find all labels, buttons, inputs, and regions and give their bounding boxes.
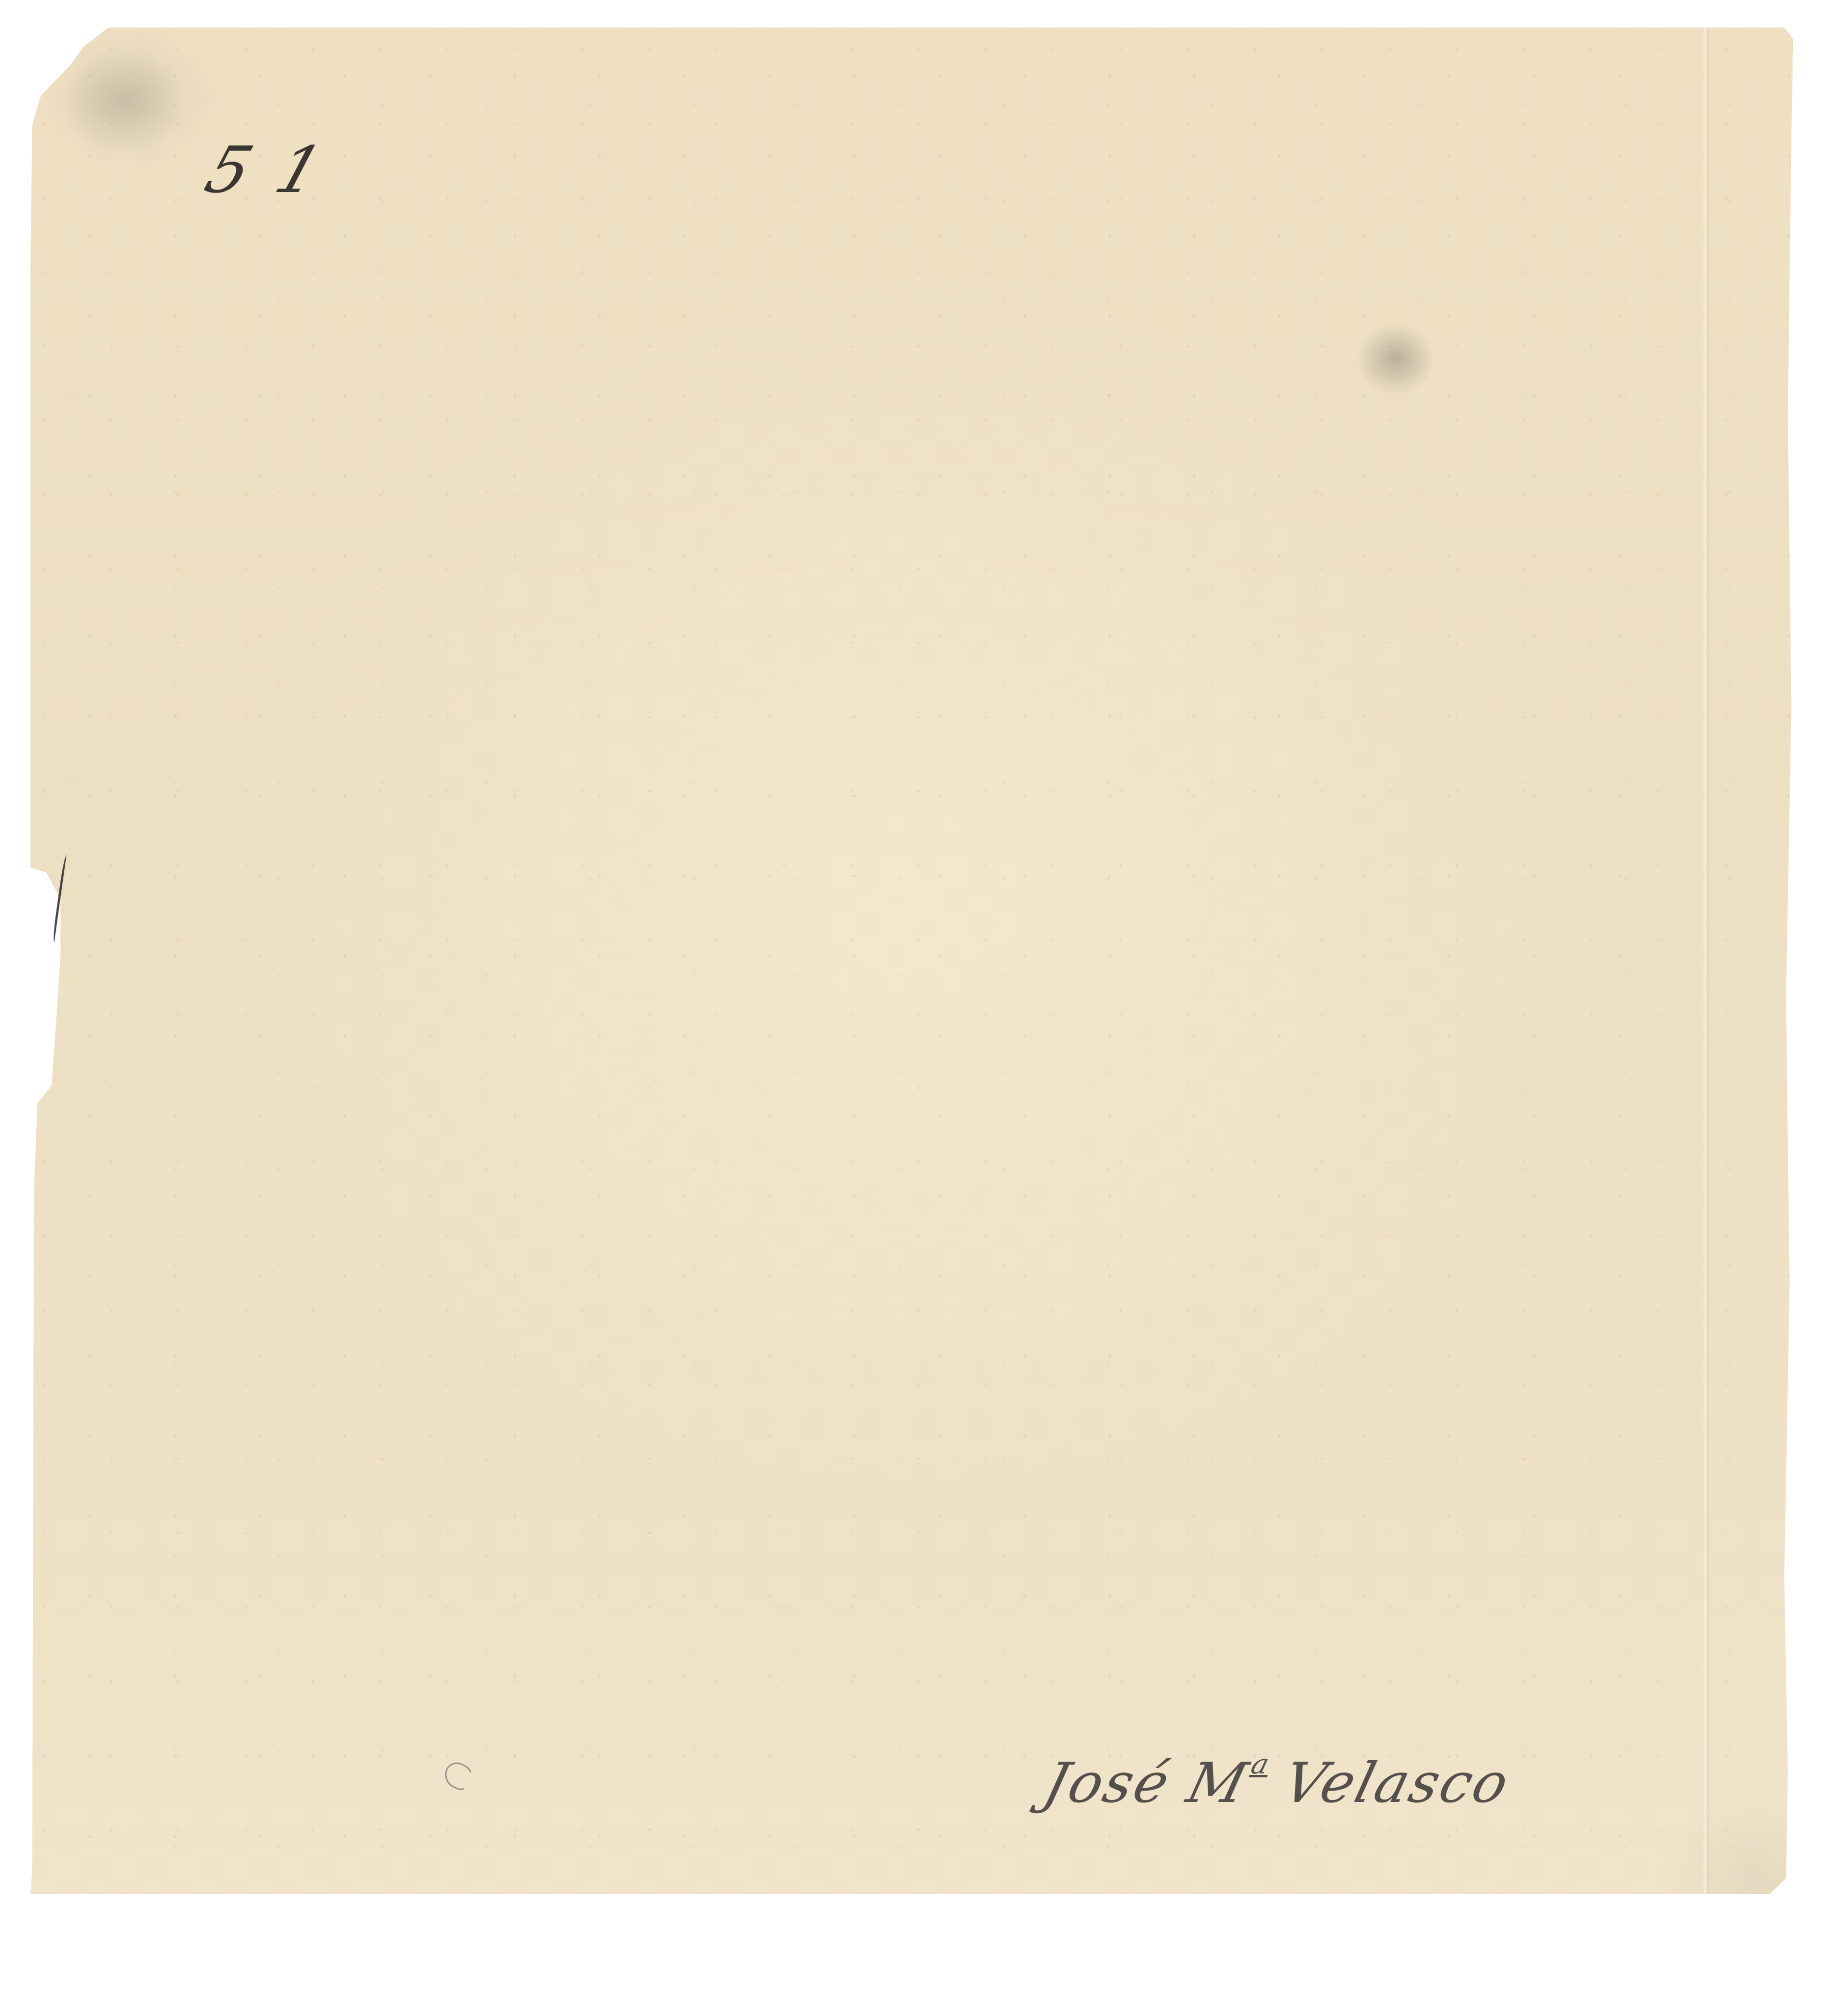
signature-first-name: José M bbox=[1038, 1751, 1255, 1815]
artist-signature: José MaVelasco bbox=[1038, 1748, 1517, 1815]
fold-crease bbox=[1703, 28, 1710, 1965]
smudge-top-left bbox=[60, 47, 188, 155]
signature-last-name: Velasco bbox=[1277, 1751, 1517, 1815]
smudge-upper-right bbox=[1356, 322, 1435, 396]
scan-background: 51 José MaVelasco bbox=[0, 0, 1848, 1991]
page-number: 51 bbox=[196, 133, 361, 207]
paper-sheet bbox=[30, 28, 1798, 1965]
